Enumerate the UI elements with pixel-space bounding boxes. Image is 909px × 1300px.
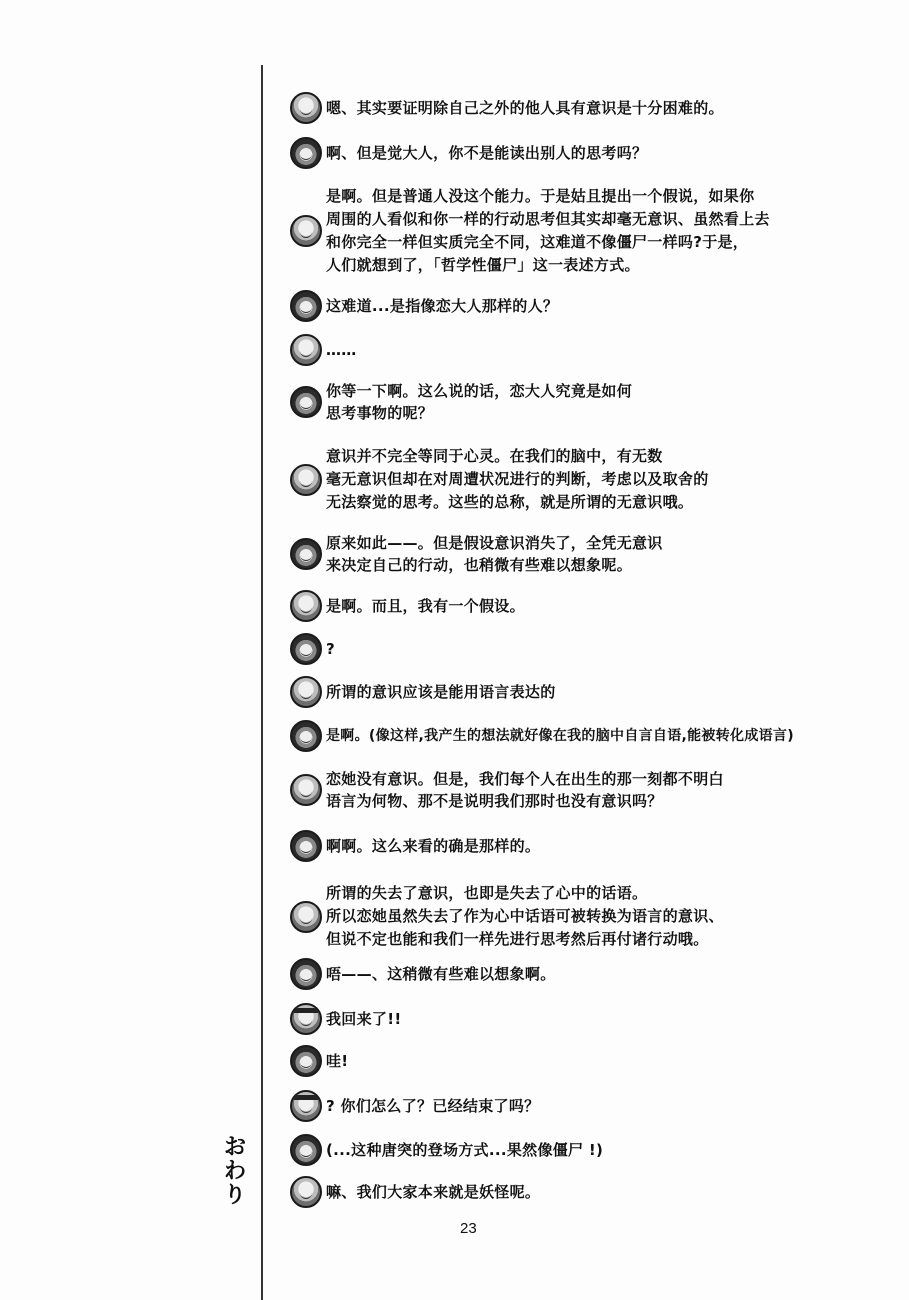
page-number: 23	[460, 1220, 477, 1237]
text-line: 思考事物的呢？	[326, 402, 632, 424]
dialogue-line: 嘛、我们大家本来就是妖怪呢。	[290, 1176, 540, 1208]
satori-icon	[290, 590, 322, 622]
dialogue-text: 原来如此——。但是假设意识消失了，全凭无意识 来决定自己的行动，也稍微有些难以想…	[326, 532, 663, 576]
dialogue-line: 是啊。但是普通人没这个能力。于是姑且提出一个假说，如果你 周围的人看似和你一样的…	[290, 185, 770, 277]
text-line: 啊啊。这么来看的确是那样的。	[326, 835, 540, 857]
dialogue-line: ……	[290, 334, 357, 366]
satori-icon	[290, 92, 322, 124]
text-line: 无法察觉的思考。这些的总称，就是所谓的无意识哦。	[326, 491, 709, 514]
text-line: 毫无意识但却在对周遭状况进行的判断，考虑以及取舍的	[326, 468, 709, 491]
dialogue-line: 你等一下啊。这么说的话，恋大人究竟是如何 思考事物的呢？	[290, 380, 632, 424]
dialogue-text: 唔——、这稍微有些难以想象啊。	[326, 963, 556, 985]
text-line: (...这种唐突的登场方式...果然像僵尸 !)	[326, 1139, 603, 1161]
text-line: 嘛、我们大家本来就是妖怪呢。	[326, 1181, 540, 1203]
text-line: 这难道...是指像恋大人那样的人？	[326, 295, 558, 317]
dialogue-line: 所谓的失去了意识，也即是失去了心中的话语。 所以恋她虽然失去了作为心中话语可被转…	[290, 882, 724, 951]
orin-icon	[290, 958, 322, 990]
text-line: 和你完全一样但实质完全不同，这难道不像僵尸一样吗?于是，	[326, 231, 770, 254]
text-line: 所以恋她虽然失去了作为心中话语可被转换为语言的意识、	[326, 905, 724, 928]
orin-icon	[290, 1045, 322, 1077]
text-line: 恋她没有意识。但是，我们每个人在出生的那一刻都不明白	[326, 768, 724, 790]
dialogue-text: 哇!	[326, 1050, 348, 1072]
satori-icon	[290, 1176, 322, 1208]
dialogue-text: 恋她没有意识。但是，我们每个人在出生的那一刻都不明白 语言为何物、那不是说明我们…	[326, 768, 724, 812]
dialogue-line: 这难道...是指像恋大人那样的人？	[290, 290, 558, 322]
orin-icon	[290, 538, 322, 570]
text-line: 原来如此——。但是假设意识消失了，全凭无意识	[326, 532, 663, 554]
dialogue-line: 唔——、这稍微有些难以想象啊。	[290, 958, 556, 990]
text-line: 是啊。(像这样,我产生的想法就好像在我的脑中自言自语,能被转化成语言)	[326, 725, 794, 747]
dialogue-line: 原来如此——。但是假设意识消失了，全凭无意识 来决定自己的行动，也稍微有些难以想…	[290, 532, 663, 576]
dialogue-text: 是啊。但是普通人没这个能力。于是姑且提出一个假说，如果你 周围的人看似和你一样的…	[326, 185, 770, 277]
orin-icon	[290, 720, 322, 752]
page-margin-rule	[261, 65, 263, 1300]
dialogue-text: 嘛、我们大家本来就是妖怪呢。	[326, 1181, 540, 1203]
end-label-char: り	[222, 1184, 248, 1208]
satori-icon	[290, 901, 322, 933]
text-line: 来决定自己的行动，也稍微有些难以想象呢。	[326, 554, 663, 576]
dialogue-text: 是啊。而且，我有一个假设。	[326, 595, 525, 617]
dialogue-text: 我回来了!!	[326, 1008, 401, 1030]
dialogue-line: 所谓的意识应该是能用语言表达的	[290, 676, 556, 708]
dialogue-text: ……	[326, 339, 357, 361]
text-line: 意识并不完全等同于心灵。在我们的脑中，有无数	[326, 445, 709, 468]
dialogue-text: 你等一下啊。这么说的话，恋大人究竟是如何 思考事物的呢？	[326, 380, 632, 424]
text-line: ? 你们怎么了？已经结束了吗？	[326, 1095, 539, 1117]
text-line: 啊、但是觉大人，你不是能读出别人的思考吗？	[326, 142, 647, 164]
koishi-icon	[290, 1090, 322, 1122]
end-label: お わ り	[222, 1136, 248, 1208]
dialogue-line: ? 你们怎么了？已经结束了吗？	[290, 1090, 539, 1122]
text-line: ?	[326, 638, 335, 660]
text-line: 哇!	[326, 1050, 348, 1072]
satori-icon	[290, 774, 322, 806]
orin-icon	[290, 633, 322, 665]
orin-icon	[290, 290, 322, 322]
dialogue-line: ?	[290, 633, 335, 665]
dialogue-text: (...这种唐突的登场方式...果然像僵尸 !)	[326, 1139, 603, 1161]
dialogue-line: 嗯、其实要证明除自己之外的他人具有意识是十分困难的。	[290, 92, 724, 124]
text-line: 我回来了!!	[326, 1008, 401, 1030]
text-line: 所谓的失去了意识，也即是失去了心中的话语。	[326, 882, 724, 905]
dialogue-text: 这难道...是指像恋大人那样的人？	[326, 295, 558, 317]
dialogue-text: 所谓的意识应该是能用语言表达的	[326, 681, 556, 703]
text-line: 所谓的意识应该是能用语言表达的	[326, 681, 556, 703]
text-line: 嗯、其实要证明除自己之外的他人具有意识是十分困难的。	[326, 97, 724, 119]
orin-icon	[290, 137, 322, 169]
dialogue-line: 啊、但是觉大人，你不是能读出别人的思考吗？	[290, 137, 647, 169]
text-line: 你等一下啊。这么说的话，恋大人究竟是如何	[326, 380, 632, 402]
dialogue-line: 我回来了!!	[290, 1003, 401, 1035]
text-line: ……	[326, 339, 357, 361]
orin-icon	[290, 1134, 322, 1166]
text-line: 但说不定也能和我们一样先进行思考然后再付诸行动哦。	[326, 928, 724, 951]
koishi-icon	[290, 1003, 322, 1035]
dialogue-line: (...这种唐突的登场方式...果然像僵尸 !)	[290, 1134, 603, 1166]
dialogue-text: 意识并不完全等同于心灵。在我们的脑中，有无数 毫无意识但却在对周遭状况进行的判断…	[326, 445, 709, 514]
text-line: 周围的人看似和你一样的行动思考但其实却毫无意识、虽然看上去	[326, 208, 770, 231]
dialogue-text: 所谓的失去了意识，也即是失去了心中的话语。 所以恋她虽然失去了作为心中话语可被转…	[326, 882, 724, 951]
satori-icon	[290, 334, 322, 366]
orin-icon	[290, 830, 322, 862]
dialogue-text: ?	[326, 638, 335, 660]
dialogue-line: 恋她没有意识。但是，我们每个人在出生的那一刻都不明白 语言为何物、那不是说明我们…	[290, 768, 724, 812]
text-line: 唔——、这稍微有些难以想象啊。	[326, 963, 556, 985]
text-line: 是啊。但是普通人没这个能力。于是姑且提出一个假说，如果你	[326, 185, 770, 208]
text-line: 语言为何物、那不是说明我们那时也没有意识吗？	[326, 790, 724, 812]
dialogue-line: 意识并不完全等同于心灵。在我们的脑中，有无数 毫无意识但却在对周遭状况进行的判断…	[290, 445, 709, 514]
comic-page: お わ り 嗯、其实要证明除自己之外的他人具有意识是十分困难的。 啊、但是觉大人…	[0, 0, 909, 1300]
dialogue-line: 啊啊。这么来看的确是那样的。	[290, 830, 540, 862]
text-line: 人们就想到了，「哲学性僵尸」这一表述方式。	[326, 254, 770, 277]
dialogue-text: 啊啊。这么来看的确是那样的。	[326, 835, 540, 857]
end-label-char: お	[222, 1136, 248, 1160]
orin-icon	[290, 386, 322, 418]
end-label-char: わ	[222, 1160, 248, 1184]
dialogue-text: 啊、但是觉大人，你不是能读出别人的思考吗？	[326, 142, 647, 164]
satori-icon	[290, 464, 322, 496]
satori-icon	[290, 676, 322, 708]
satori-icon	[290, 215, 322, 247]
dialogue-text: 嗯、其实要证明除自己之外的他人具有意识是十分困难的。	[326, 97, 724, 119]
text-line: 是啊。而且，我有一个假设。	[326, 595, 525, 617]
dialogue-text: 是啊。(像这样,我产生的想法就好像在我的脑中自言自语,能被转化成语言)	[326, 725, 794, 747]
dialogue-text: ? 你们怎么了？已经结束了吗？	[326, 1095, 539, 1117]
dialogue-line: 哇!	[290, 1045, 348, 1077]
dialogue-line: 是啊。(像这样,我产生的想法就好像在我的脑中自言自语,能被转化成语言)	[290, 720, 794, 752]
dialogue-line: 是啊。而且，我有一个假设。	[290, 590, 525, 622]
